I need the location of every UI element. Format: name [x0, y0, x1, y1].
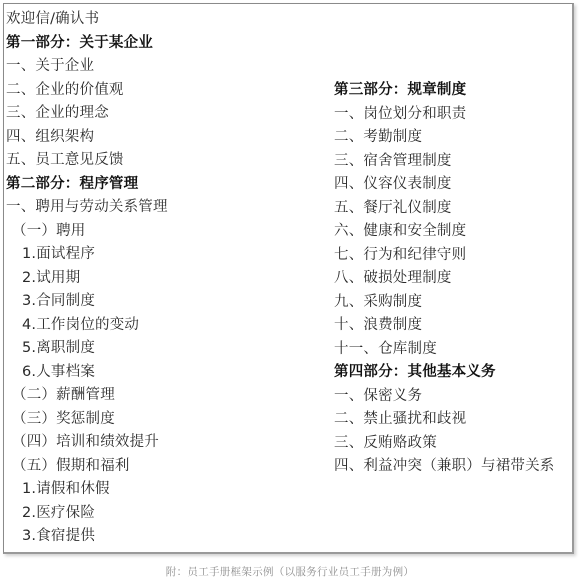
handbook-outline-frame: 欢迎信/确认书第一部分：关于某企业一、关于企业二、企业的价值观三、企业的理念四、… [3, 3, 574, 554]
outline-item: 三、企业的理念 [6, 102, 326, 126]
outline-item: 1.请假和休假 [6, 478, 326, 502]
outline-item: 2.试用期 [6, 267, 326, 291]
outline-item: 欢迎信/确认书 [6, 8, 326, 32]
section-heading: 第三部分：规章制度 [334, 79, 574, 103]
outline-item: 一、岗位划分和职责 [334, 103, 574, 127]
outline-item: （四）培训和绩效提升 [6, 431, 326, 455]
right-column-outline: 第三部分：规章制度一、岗位划分和职责二、考勤制度三、宿舍管理制度四、仪容仪表制度… [334, 79, 574, 479]
outline-item: （二）薪酬管理 [6, 384, 326, 408]
outline-item: 二、禁止骚扰和歧视 [334, 408, 574, 432]
outline-item: 一、关于企业 [6, 55, 326, 79]
outline-item: 四、仪容仪表制度 [334, 173, 574, 197]
outline-item: 1.面试程序 [6, 243, 326, 267]
outline-item: 五、员工意见反馈 [6, 149, 326, 173]
outline-item: 三、宿舍管理制度 [334, 150, 574, 174]
outline-item: 九、采购制度 [334, 291, 574, 315]
section-heading: 第四部分：其他基本义务 [334, 361, 574, 385]
outline-item: 一、聘用与劳动关系管理 [6, 196, 326, 220]
outline-item: 6.人事档案 [6, 361, 326, 385]
outline-item: 二、企业的价值观 [6, 79, 326, 103]
section-heading: 第二部分：程序管理 [6, 173, 326, 197]
outline-item: 4.工作岗位的变动 [6, 314, 326, 338]
outline-item: 六、健康和安全制度 [334, 220, 574, 244]
outline-item: （五）假期和福利 [6, 455, 326, 479]
outline-item: 3.食宿提供 [6, 525, 326, 549]
outline-item: 十一、仓库制度 [334, 338, 574, 362]
left-column-outline: 欢迎信/确认书第一部分：关于某企业一、关于企业二、企业的价值观三、企业的理念四、… [6, 8, 326, 549]
outline-item: 五、餐厅礼仪制度 [334, 197, 574, 221]
figure-caption: 附：员工手册框架示例（以服务行业员工手册为例） [0, 564, 580, 579]
outline-item: 七、行为和纪律守则 [334, 244, 574, 268]
outline-item: （三）奖惩制度 [6, 408, 326, 432]
outline-item: 八、破损处理制度 [334, 267, 574, 291]
outline-item: 十、浪费制度 [334, 314, 574, 338]
outline-item: 三、反贿赂政策 [334, 432, 574, 456]
outline-item: 四、利益冲突（兼职）与裙带关系 [334, 455, 574, 479]
section-heading: 第一部分：关于某企业 [6, 32, 326, 56]
outline-item: 四、组织架构 [6, 126, 326, 150]
outline-item: 2.医疗保险 [6, 502, 326, 526]
outline-item: （一）聘用 [6, 220, 326, 244]
outline-item: 一、保密义务 [334, 385, 574, 409]
outline-item: 5.离职制度 [6, 337, 326, 361]
outline-item: 3.合同制度 [6, 290, 326, 314]
outline-item: 二、考勤制度 [334, 126, 574, 150]
